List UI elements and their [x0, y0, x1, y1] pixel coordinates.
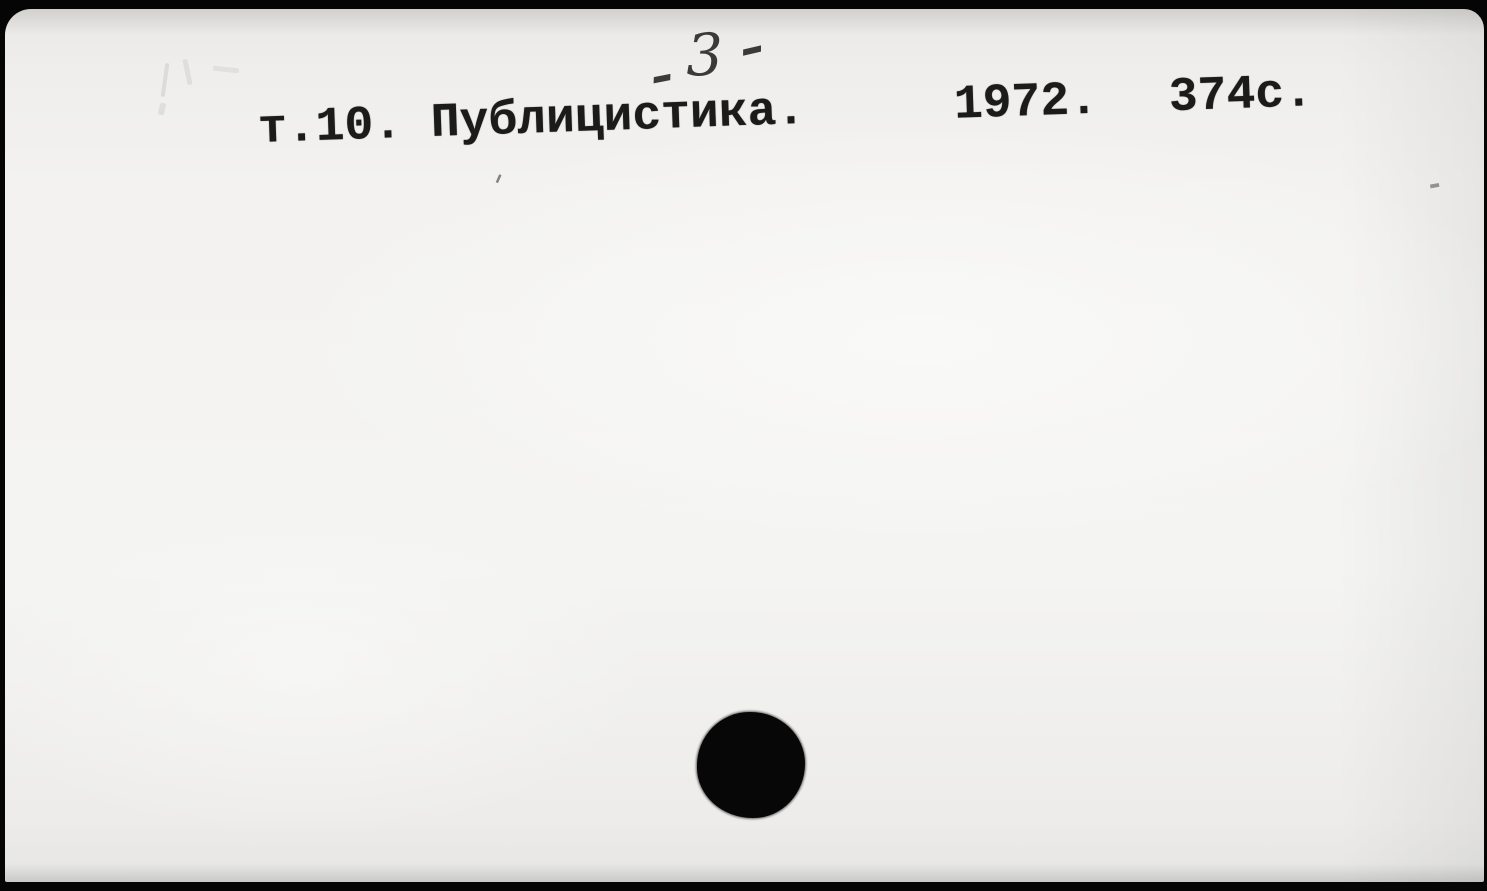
- catalog-card: - 3 - т.10. Публицистика.1972.374с. ' -: [5, 9, 1484, 882]
- year-label: 1972.: [953, 74, 1099, 133]
- page-number-dash-right: -: [733, 18, 769, 76]
- title-label: Публицистика.: [430, 84, 806, 151]
- volume-label: т.10.: [257, 98, 403, 157]
- punch-hole: [697, 712, 805, 818]
- entry-line: т.10. Публицистика.1972.374с.: [257, 69, 1313, 154]
- pencil-smudge: [155, 57, 265, 119]
- page-number-value: 3: [686, 21, 724, 90]
- pencil-dash-mark: -: [1425, 164, 1443, 202]
- pages-label: 374с.: [1168, 66, 1314, 125]
- pencil-tick-mark: ': [484, 167, 507, 205]
- page-number-annotation: - 3 -: [647, 14, 764, 91]
